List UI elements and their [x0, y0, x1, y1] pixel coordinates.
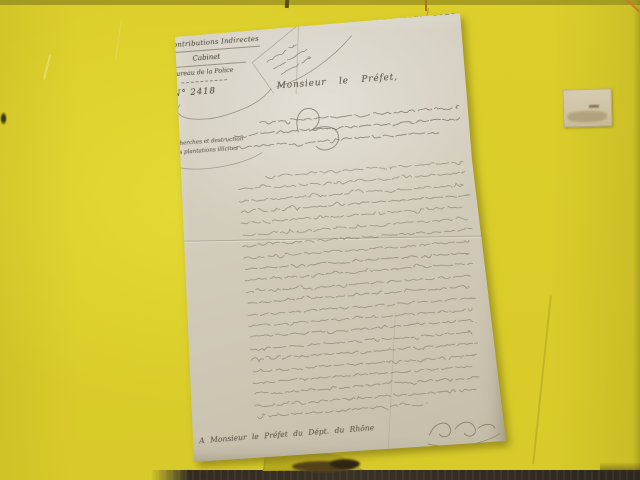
letter-paper-wrapper: Paris le 24 Mai 1820 Contributions Indir… [0, 0, 640, 480]
letter-content: Paris le 24 Mai 1820 Contributions Indir… [160, 1, 522, 469]
photo-scene: Paris le 24 Mai 1820 Contributions Indir… [0, 0, 640, 480]
letter-paper: Paris le 24 Mai 1820 Contributions Indir… [175, 12, 508, 463]
